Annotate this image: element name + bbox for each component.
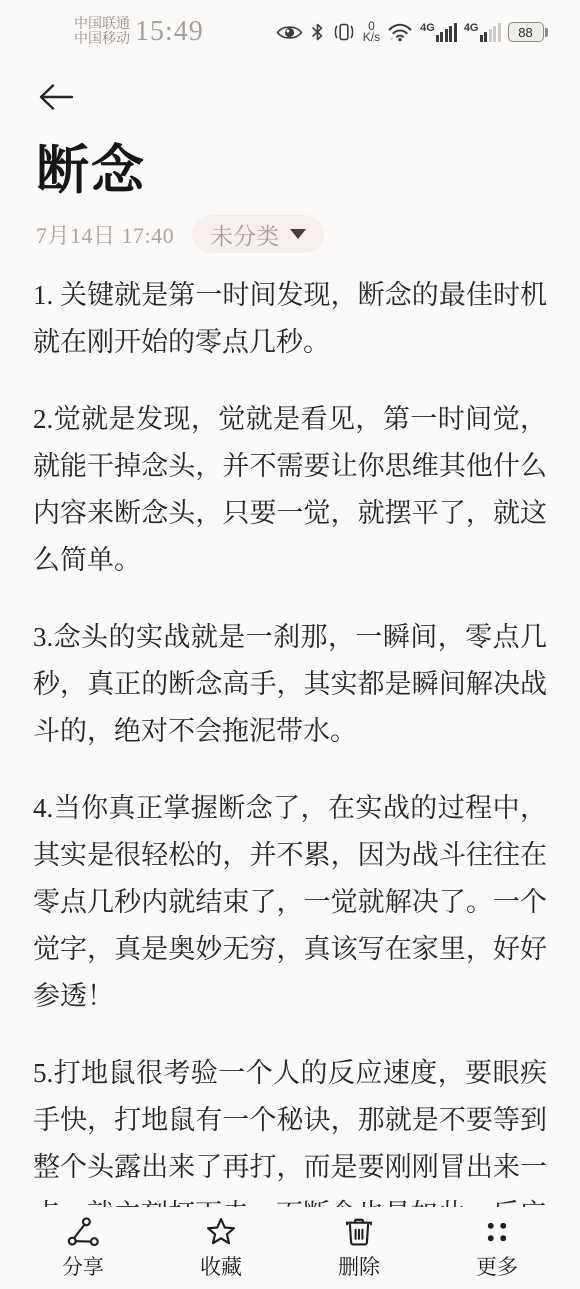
note-body[interactable]: 1. 关键就是第一时间发现，断念的最佳时机就在刚开始的零点几秒。 2.觉就是发现… — [0, 272, 580, 1238]
favorite-label: 收藏 — [200, 1251, 242, 1281]
status-left: 中国联通 中国移动 15:49 — [74, 16, 204, 48]
vibrate-icon — [332, 22, 356, 42]
signal-bars-1-icon — [436, 23, 457, 42]
favorite-button[interactable]: 收藏 — [152, 1215, 290, 1289]
eye-comfort-icon — [276, 23, 303, 42]
share-label: 分享 — [62, 1251, 104, 1281]
battery-percent: 88 — [508, 22, 544, 42]
signal-bars-2-icon — [480, 23, 501, 42]
delete-label: 删除 — [338, 1251, 380, 1281]
wifi-icon — [387, 22, 413, 42]
clock: 15:49 — [135, 16, 204, 48]
more-button[interactable]: 更多 — [428, 1215, 566, 1289]
battery-nub — [545, 28, 548, 37]
network-type-2: 4G — [464, 23, 479, 33]
battery-icon: 88 — [508, 22, 549, 42]
back-button[interactable] — [36, 80, 76, 119]
share-button[interactable]: 分享 — [14, 1215, 152, 1289]
category-label: 未分类 — [210, 218, 279, 251]
delete-button[interactable]: 删除 — [290, 1215, 428, 1289]
network-speed: 0 K/s — [363, 21, 380, 43]
note-paragraph: 4.当你真正掌握断念了，在实战的过程中，其实是很轻松的，并不累，因为战斗往往在零… — [33, 785, 547, 1020]
network-type-1: 4G — [420, 23, 435, 33]
more-icon — [480, 1215, 514, 1249]
carrier-1: 中国联通 — [74, 17, 130, 32]
more-label: 更多 — [476, 1251, 518, 1281]
share-icon — [66, 1215, 100, 1249]
bottom-toolbar: 分享 收藏 删除 更多 — [0, 1207, 580, 1289]
note-paragraph: 1. 关键就是第一时间发现，断念的最佳时机就在刚开始的零点几秒。 — [33, 272, 547, 366]
note-paragraph: 3.念头的实战就是一刹那，一瞬间，零点几秒，真正的断念高手，其实都是瞬间解决战斗… — [33, 614, 547, 755]
nav-bar — [0, 54, 580, 118]
note-date: 7月14日 17:40 — [36, 219, 174, 250]
note-meta: 7月14日 17:40 未分类 — [36, 214, 544, 254]
status-bar: 中国联通 中国移动 15:49 — [0, 0, 580, 54]
chevron-down-icon — [290, 229, 306, 239]
left-arrow-icon — [36, 80, 76, 114]
category-selector[interactable]: 未分类 — [192, 215, 324, 253]
signal-sim2: 4G — [464, 23, 501, 42]
status-right: 0 K/s 4G 4G — [276, 21, 548, 43]
speed-unit: K/s — [363, 32, 380, 43]
bluetooth-icon — [310, 22, 325, 42]
note-paragraph: 2.觉就是发现，觉就是看见，第一时间觉，就能干掉念头，并不需要让你思维其他什么内… — [33, 396, 547, 584]
trash-icon — [342, 1215, 376, 1249]
note-title: 断念 — [36, 142, 544, 200]
star-icon — [204, 1215, 238, 1249]
notes-app-detail-screen: 中国联通 中国移动 15:49 — [0, 0, 580, 1289]
signal-sim1: 4G — [420, 23, 457, 42]
carrier-2: 中国移动 — [74, 32, 130, 47]
carrier-names: 中国联通 中国移动 — [74, 17, 130, 47]
